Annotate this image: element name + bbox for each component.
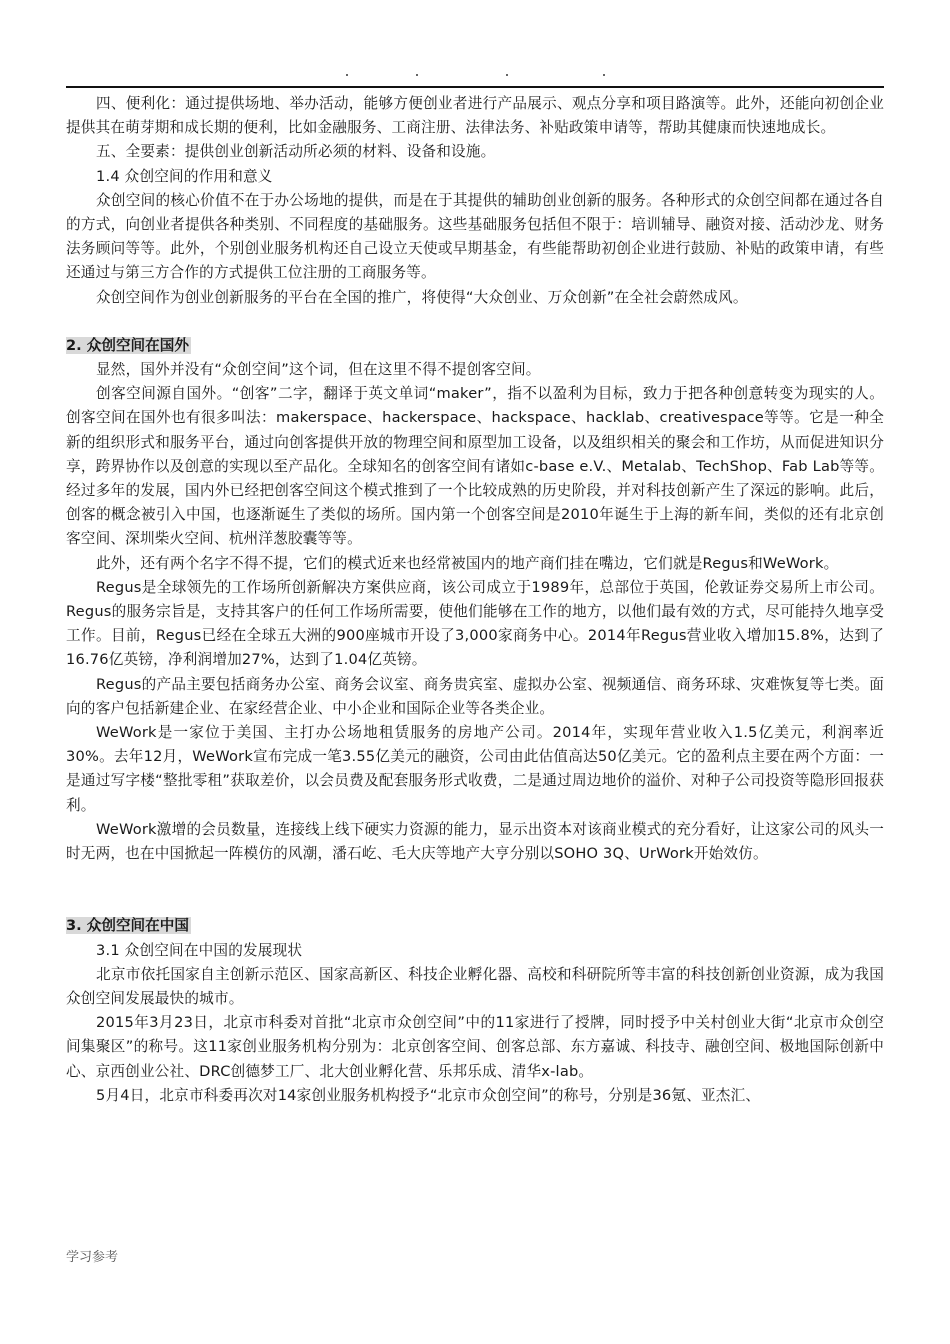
section-heading-text: 2. 众创空间在国外 — [66, 337, 191, 354]
document-body: 四、便利化：通过提供场地、举办活动，能够方便创业者进行产品展示、观点分享和项目路… — [66, 92, 884, 1108]
paragraph: 四、便利化：通过提供场地、举办活动，能够方便创业者进行产品展示、观点分享和项目路… — [66, 92, 884, 140]
paragraph: 显然，国外并没有“众创空间”这个词，但在这里不得不提创客空间。 — [66, 358, 884, 382]
paragraph: 此外，还有两个名字不得不提，它们的模式近来也经常被国内的地产商们挂在嘴边，它们就… — [66, 552, 884, 576]
paragraph: 创客空间源自国外。“创客”二字，翻译于英文单词“maker”，指不以盈利为目标，… — [66, 382, 884, 551]
header-rule — [66, 86, 884, 88]
paragraph: 北京市依托国家自主创新示范区、国家高新区、科技企业孵化器、高校和科研院所等丰富的… — [66, 963, 884, 1011]
header-dots — [0, 74, 950, 84]
paragraph: 众创空间作为创业创新服务的平台在全国的推广，将使得“大众创业、万众创新”在全社会… — [66, 286, 884, 310]
paragraph: Regus是全球领先的工作场所创新解决方案供应商，该公司成立于1989年，总部位… — [66, 576, 884, 673]
section-heading: 3. 众创空间在中国 — [66, 914, 884, 938]
paragraph: 五、全要素：提供创业创新活动所必须的材料、设备和设施。 — [66, 140, 884, 164]
paragraph: WeWork激增的会员数量，连接线上线下硬实力资源的能力，显示出资本对该商业模式… — [66, 818, 884, 866]
paragraph: 2015年3月23日，北京市科委对首批“北京市众创空间”中的11家进行了授牌，同… — [66, 1011, 884, 1084]
paragraph: 5月4日，北京市科委再次对14家创业服务机构授予“北京市众创空间”的称号，分别是… — [66, 1084, 884, 1108]
paragraph: Regus的产品主要包括商务办公室、商务会议室、商务贵宾室、虚拟办公室、视频通信… — [66, 673, 884, 721]
section-heading-text: 3. 众创空间在中国 — [66, 917, 191, 934]
header-dot — [346, 74, 348, 76]
header-dot — [506, 74, 508, 76]
header-dot — [416, 74, 418, 76]
header-dot — [603, 74, 605, 76]
section-heading: 2. 众创空间在国外 — [66, 334, 884, 358]
paragraph: WeWork是一家位于美国、主打办公场地租赁服务的房地产公司。2014年，实现年… — [66, 721, 884, 818]
footer-label: 学习参考 — [66, 1246, 118, 1265]
paragraph: 众创空间的核心价值不在于办公场地的提供，而是在于其提供的辅助创业创新的服务。各种… — [66, 189, 884, 286]
subsection-heading: 3.1 众创空间在中国的发展现状 — [66, 939, 884, 963]
subsection-heading: 1.4 众创空间的作用和意义 — [66, 165, 884, 189]
